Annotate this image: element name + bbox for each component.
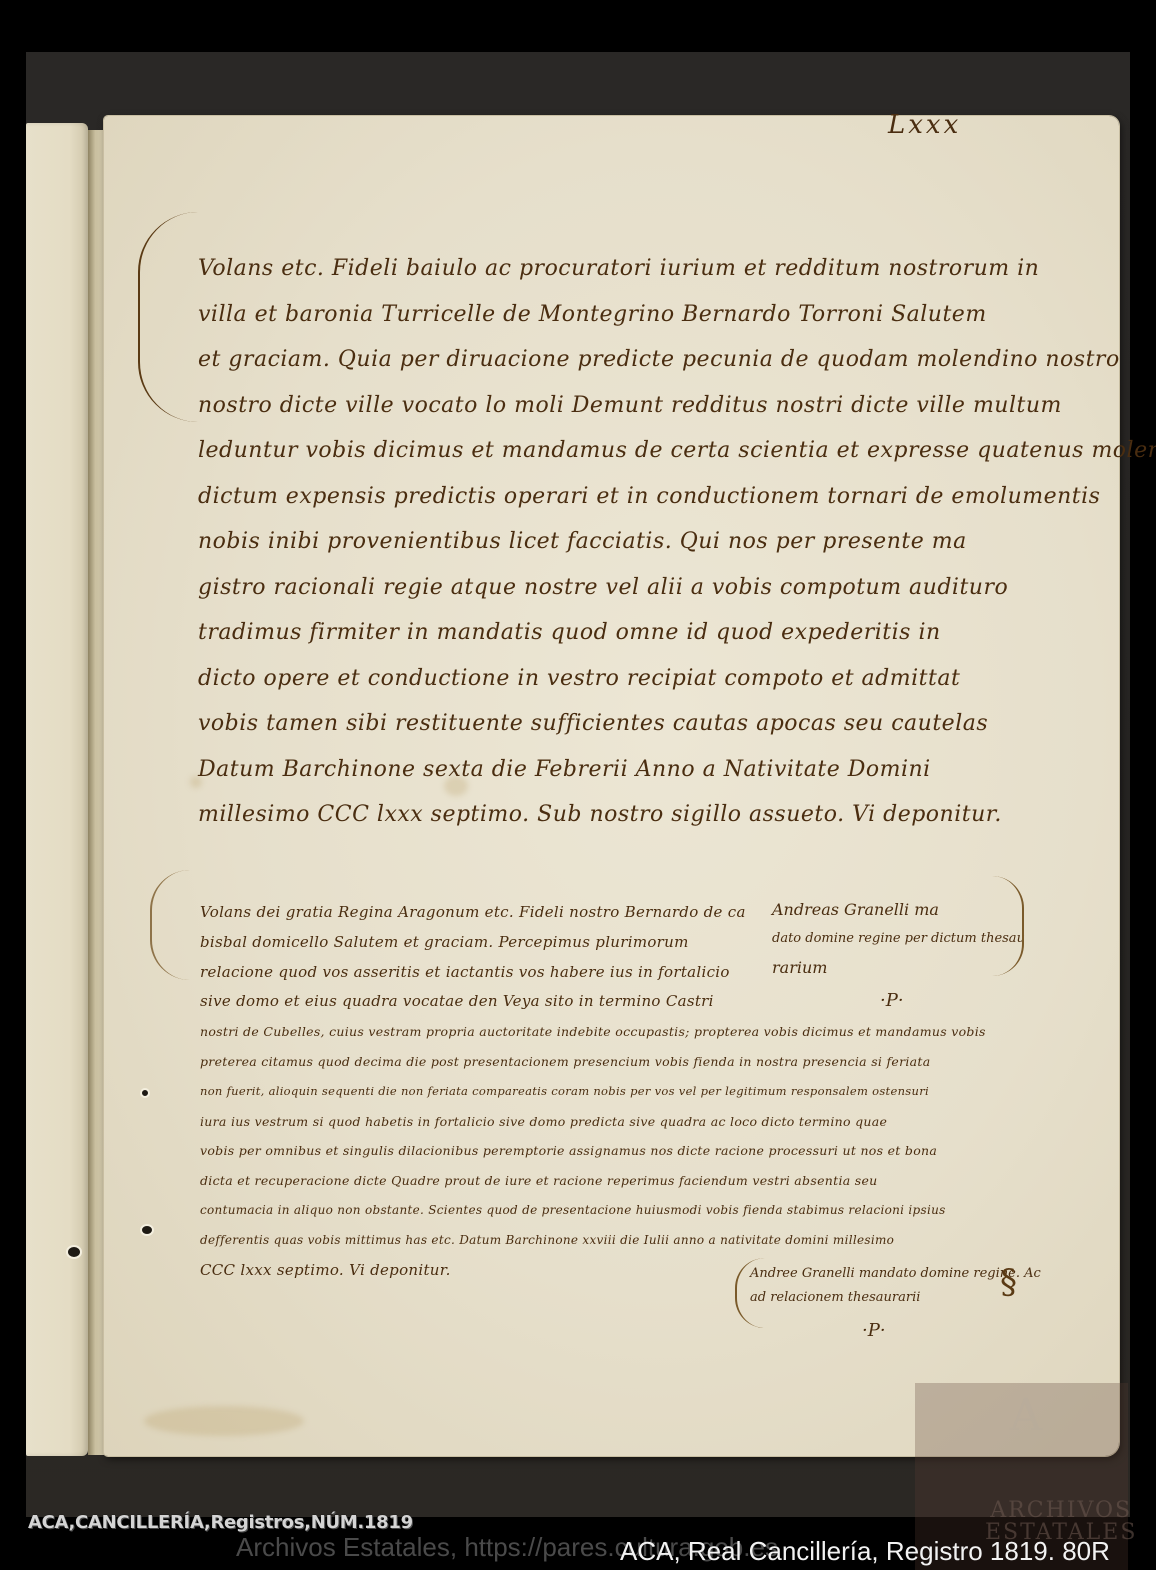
text-line: Volans dei gratia Regina Aragonum etc. F… bbox=[200, 898, 730, 928]
text-line: nobis inibi provenientibus licet facciat… bbox=[198, 519, 998, 565]
text-line: dicto opere et conductione in vestro rec… bbox=[198, 656, 998, 702]
text-line: tradimus firmiter in mandatis quod omne … bbox=[198, 610, 998, 656]
text-line: nostro dicte ville vocato lo moli Demunt… bbox=[198, 383, 998, 429]
watermark-line: ARCHIVOS bbox=[985, 1500, 1137, 1522]
text-line: villa et baronia Turricelle de Montegrin… bbox=[198, 292, 998, 338]
image-viewer: Lxxx Volans etc. Fideli baiulo ac procur… bbox=[0, 0, 1156, 1570]
text-line: rarium bbox=[772, 953, 1002, 982]
archive-logo-icon: A bbox=[1010, 1390, 1042, 1441]
text-line: et graciam. Quia per diruacione predicte… bbox=[198, 337, 998, 383]
text-line: Andreas Granelli ma bbox=[772, 895, 1002, 924]
folio-number: Lxxx bbox=[888, 110, 961, 140]
text-line: iura ius vestrum si quod habetis in fort… bbox=[200, 1107, 1030, 1137]
wormhole bbox=[66, 1245, 82, 1259]
text-line: dicta et recuperacione dicte Quadre prou… bbox=[200, 1166, 1030, 1196]
previous-leaf-edge bbox=[26, 123, 88, 1456]
signature-note: Andree Granelli mandato domine regine. A… bbox=[750, 1262, 1030, 1310]
scribe-mark: ·P· bbox=[862, 1320, 886, 1341]
text-line: gistro racionali regie atque nostre vel … bbox=[198, 565, 998, 611]
text-line: sive domo et eius quadra vocatae den Vey… bbox=[200, 987, 730, 1017]
text-line: dato domine regine per dictum thesau bbox=[772, 924, 1002, 953]
text-line: millesimo CCC lxxx septimo. Sub nostro s… bbox=[198, 792, 998, 838]
flourish-mark: § bbox=[1000, 1262, 1017, 1302]
text-line: Andree Granelli mandato domine regine. A… bbox=[750, 1262, 1030, 1286]
wormhole bbox=[140, 1088, 150, 1098]
text-line: preterea citamus quod decima die post pr… bbox=[200, 1047, 1030, 1077]
text-line: ad relacionem thesaurarii bbox=[750, 1286, 1030, 1310]
wormhole bbox=[140, 1224, 154, 1236]
text-line: relacione quod vos asseritis et iactanti… bbox=[200, 958, 730, 988]
text-line: Datum Barchinone sexta die Febrerii Anno… bbox=[198, 747, 998, 793]
text-line: vobis per omnibus et singulis dilacionib… bbox=[200, 1136, 1030, 1166]
text-line: vobis tamen sibi restituente sufficiente… bbox=[198, 701, 998, 747]
marginal-note: Andreas Granelli ma dato domine regine p… bbox=[772, 895, 1002, 982]
text-line: non fuerit, alioquin sequenti die non fe… bbox=[200, 1077, 1030, 1107]
archive-reference-caption: ACA,CANCILLERÍA,Registros,NÚM.1819 bbox=[28, 1512, 413, 1533]
text-line: contumacia in aliquo non obstante. Scien… bbox=[200, 1196, 1030, 1226]
main-entry-text: Volans etc. Fideli baiulo ac procuratori… bbox=[198, 246, 998, 838]
record-caption: ACA, Real Cancillería, Registro 1819. 80… bbox=[620, 1536, 1110, 1567]
text-line: dictum expensis predictis operari et in … bbox=[198, 474, 998, 520]
foxing-stain bbox=[144, 1406, 304, 1436]
scribe-mark: ·P· bbox=[880, 990, 904, 1011]
text-line: defferentis quas vobis mittimus has etc.… bbox=[200, 1226, 1030, 1256]
text-line: Volans etc. Fideli baiulo ac procuratori… bbox=[198, 246, 998, 292]
text-line: nostri de Cubelles, cuius vestram propri… bbox=[200, 1017, 1030, 1047]
text-line: leduntur vobis dicimus et mandamus de ce… bbox=[198, 428, 998, 474]
text-line: bisbal domicello Salutem et graciam. Per… bbox=[200, 928, 730, 958]
